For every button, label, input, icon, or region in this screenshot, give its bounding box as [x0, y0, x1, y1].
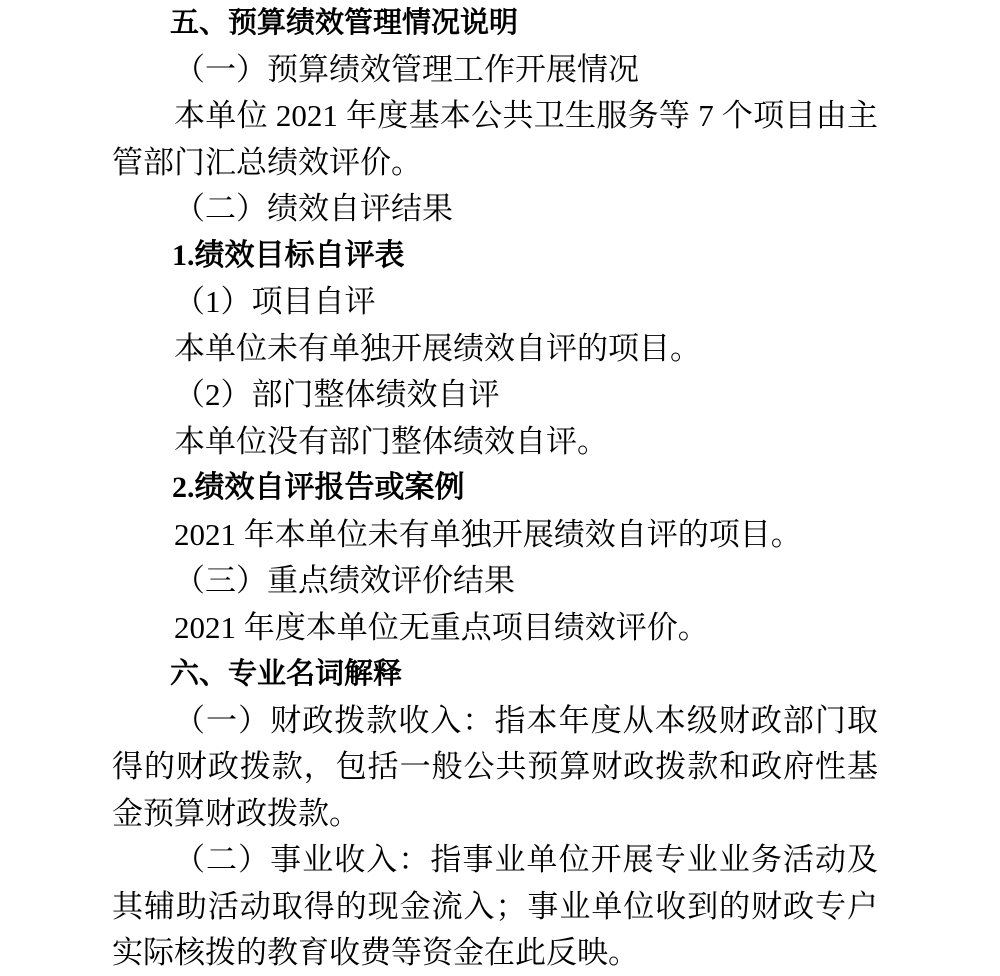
- document-page: 五、预算绩效管理情况说明 （一）预算绩效管理工作开展情况 本单位 2021 年度…: [112, 0, 878, 976]
- subheading-self-eval-table: 1.绩效目标自评表: [112, 233, 878, 280]
- subsection-heading-work-progress: （一）预算绩效管理工作开展情况: [112, 47, 878, 94]
- paragraph-department-self-eval: 本单位没有部门整体绩效自评。: [112, 419, 878, 466]
- subsection-heading-self-eval-result: （二）绩效自评结果: [112, 186, 878, 233]
- subheading-self-eval-report: 2.绩效自评报告或案例: [112, 465, 878, 512]
- paragraph-term-operating-income: （二）事业收入：指事业单位开展专业业务活动及其辅助活动取得的现金流入；事业单位收…: [112, 837, 878, 976]
- section-heading-budget-performance: 五、预算绩效管理情况说明: [112, 0, 878, 47]
- item-heading-department-self-eval: （2）部门整体绩效自评: [112, 372, 878, 419]
- item-heading-project-self-eval: （1）项目自评: [112, 279, 878, 326]
- subsection-heading-key-eval-result: （三）重点绩效评价结果: [112, 558, 878, 605]
- paragraph-term-fiscal-appropriation: （一）财政拨款收入：指本年度从本级财政部门取得的财政拨款，包括一般公共预算财政拨…: [112, 698, 878, 838]
- section-heading-terminology: 六、专业名词解释: [112, 651, 878, 698]
- paragraph-key-eval-result: 2021 年度本单位无重点项目绩效评价。: [112, 605, 878, 652]
- paragraph-project-self-eval: 本单位未有单独开展绩效自评的项目。: [112, 326, 878, 373]
- paragraph-work-progress: 本单位 2021 年度基本公共卫生服务等 7 个项目由主管部门汇总绩效评价。: [112, 93, 878, 186]
- paragraph-self-eval-report: 2021 年本单位未有单独开展绩效自评的项目。: [112, 512, 878, 559]
